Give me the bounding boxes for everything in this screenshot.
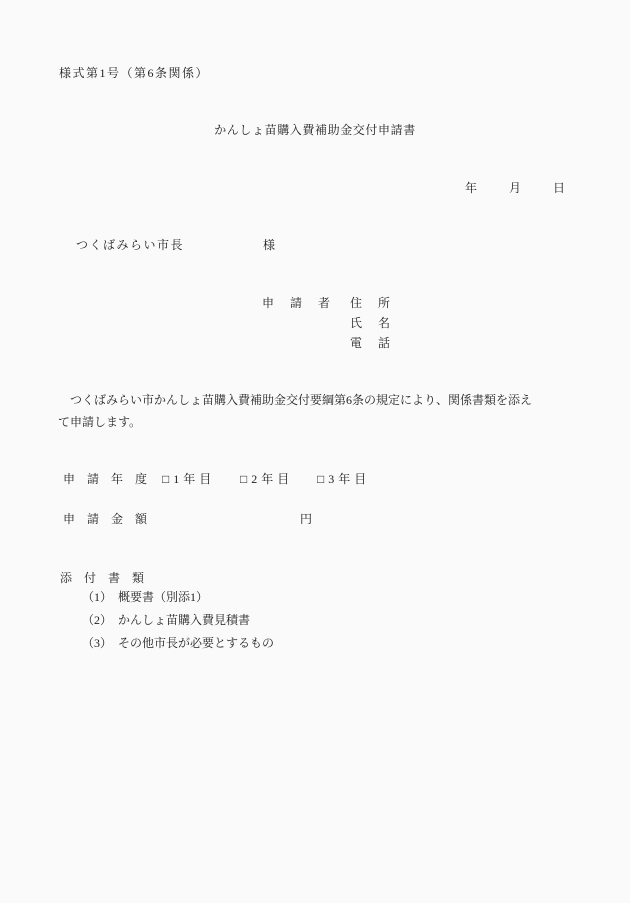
body-paragraph-line: て申請します。 (58, 411, 141, 433)
document-page: 様式第1号（第6条関係） かんしょ苗購入費補助金交付申請書 年 月 日 つくばみ… (0, 0, 630, 903)
attachments-label: 添 付 書 類 (60, 569, 144, 587)
application-year-label: 申 請 年 度 (63, 470, 147, 488)
attachment-item: （3） その他市長が必要とするもの (82, 634, 274, 652)
date-line: 年 月 日 (465, 179, 565, 197)
form-number: 様式第1号（第6条関係） (59, 64, 209, 82)
year-option-3-checkbox[interactable]: □3年目 (317, 470, 370, 488)
applicant-phone-field-label: 電 話 (350, 334, 392, 352)
page-title: かんしょ苗購入費補助金交付申請書 (0, 121, 630, 139)
attachment-item: （2） かんしょ苗購入費見積書 (82, 611, 250, 629)
date-day-label: 日 (553, 179, 565, 197)
applicant-label: 申 請 者 (262, 294, 332, 312)
addressee-honorific: 様 (263, 236, 275, 254)
addressee-name: つくばみらい市長 (76, 236, 184, 254)
applicant-name-field-label: 氏 名 (350, 314, 392, 332)
year-option-1-checkbox[interactable]: □1年目 (162, 470, 215, 488)
year-option-2-checkbox[interactable]: □2年目 (240, 470, 293, 488)
application-amount-label: 申 請 金 額 (63, 510, 147, 528)
amount-unit-label: 円 (300, 510, 312, 528)
date-month-label: 月 (509, 179, 521, 197)
applicant-address-field-label: 住 所 (350, 294, 392, 312)
body-paragraph-line: つくばみらい市かんしょ苗購入費補助金交付要綱第6条の規定により、関係書類を添え (58, 389, 532, 411)
date-year-label: 年 (465, 179, 477, 197)
attachment-item: （1） 概要書（別添1） (82, 588, 208, 606)
